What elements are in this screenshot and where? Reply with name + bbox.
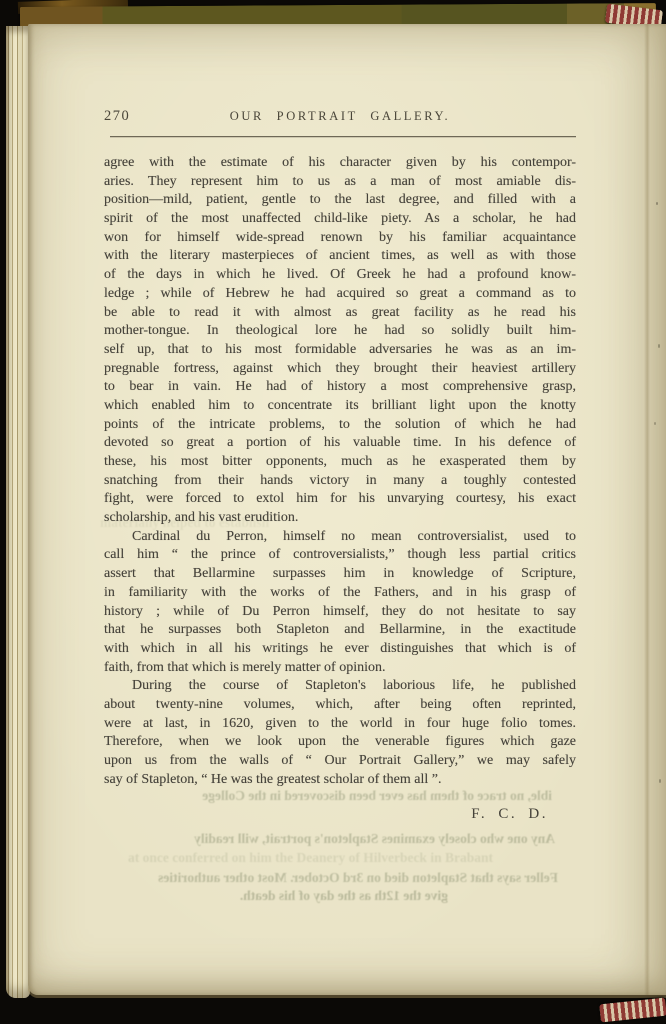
gutter-crease [644, 24, 650, 995]
text-line: in familiarity with the works of the Fat… [104, 584, 576, 603]
bleedthrough-line: Feller says that Stapleton died on 3rd O… [98, 870, 558, 886]
stacked-page-edges [6, 26, 30, 998]
text-line: to bear in vain. He had of history a mos… [104, 378, 576, 397]
bleedthrough-line: Any one who closely examines Stapleton's… [100, 831, 555, 847]
text-line: agree with the estimate of his character… [104, 154, 576, 173]
text-line: that he surpasses both Stapleton and Bel… [104, 621, 576, 640]
text-line: faith, from that which is merely matter … [104, 659, 576, 678]
paper-speck [658, 344, 660, 348]
text-line: assert that Bellarmine surpasses him in … [104, 565, 576, 584]
header-rule [110, 136, 576, 137]
text-line: spirit of the most unaffected child-like… [104, 210, 576, 229]
paper-speck [656, 202, 658, 205]
running-title: OUR PORTRAIT GALLERY. [104, 109, 576, 124]
text-line: which enabled him to concentrate its bri… [104, 397, 576, 416]
text-line: devoted so great a portion of his valuab… [104, 434, 576, 453]
text-line: won for himself wide-spread renown by hi… [104, 229, 576, 248]
text-line: call him “ the prince of controversialis… [104, 546, 576, 565]
text-line: upon us from the walls of “ Our Portrait… [104, 752, 576, 771]
endband-bottom [599, 998, 666, 1023]
text-line: history ; while of Du Perron himself, th… [104, 603, 576, 622]
bleedthrough-line: at once conferred on him the Deanery of … [128, 850, 548, 866]
bleedthrough-line: ible, no trace of them has ever been dis… [100, 788, 552, 804]
text-line: mother-tongue. In theological lore he ha… [104, 322, 576, 341]
paper-speck [659, 779, 661, 783]
body-text: agree with the estimate of his character… [104, 154, 576, 789]
text-line: say of Stapleton, “ He was the greatest … [104, 771, 576, 790]
text-line: about twenty-nine volumes, which, after … [104, 696, 576, 715]
text-line: of the days in which he lived. Of Greek … [104, 266, 576, 285]
text-line: snatching from their hands victory in ma… [104, 472, 576, 491]
text-line: self up, that to his most formidable adv… [104, 341, 576, 360]
bleedthrough-line: give the 12th as the day of his death. [148, 888, 448, 904]
running-header: 270 OUR PORTRAIT GALLERY. [104, 108, 576, 128]
text-line: be able to read it with almost as great … [104, 304, 576, 323]
text-line: Cardinal du Perron, himself no mean cont… [104, 528, 576, 547]
text-line: these, his most bitter opponents, much a… [104, 453, 576, 472]
text-line: points of the intricate problems, to the… [104, 416, 576, 435]
text-line: aries. They represent him to us as a man… [104, 173, 576, 192]
text-line: with which in all his writings he ever d… [104, 640, 576, 659]
text-line: ledge ; while of Hebrew he had acquired … [104, 285, 576, 304]
paper-speck [654, 422, 656, 425]
text-line: Therefore, when we look upon the venerab… [104, 733, 576, 752]
text-line: pregnable fortress, against which they b… [104, 360, 576, 379]
author-initials: F. C. D. [104, 806, 576, 823]
book-page: 270 OUR PORTRAIT GALLERY. agree with the… [28, 24, 666, 995]
text-line: During the course of Stapleton's laborio… [104, 677, 576, 696]
text-line: position—mild, patient, gentle to the la… [104, 191, 576, 210]
text-line: with the literary masterpieces of ancien… [104, 247, 576, 266]
text-line: scholarship, and his vast erudition. [104, 509, 576, 528]
text-line: fight, were forced to extol him for his … [104, 490, 576, 509]
text-line: were at last, in 1620, given to the worl… [104, 715, 576, 734]
